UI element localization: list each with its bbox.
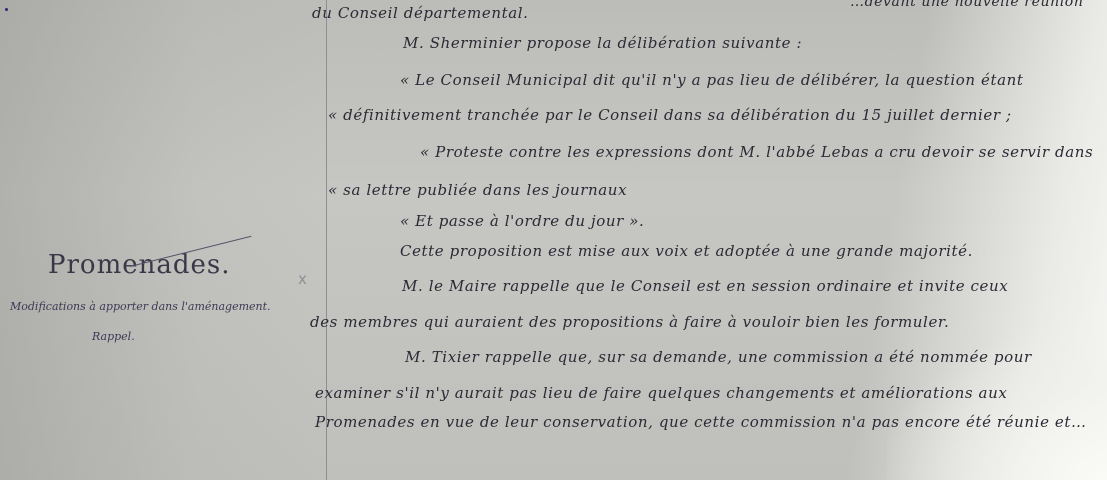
body-line: « sa lettre publiée dans les journaux xyxy=(328,181,627,199)
body-line: examiner s'il n'y aurait pas lieu de fai… xyxy=(315,384,1007,402)
margin-note-line2: Rappel. xyxy=(92,330,135,343)
body-line: M. Tixier rappelle que, sur sa demande, … xyxy=(405,348,1032,366)
margin-rule xyxy=(326,0,327,480)
body-line: Cette proposition est mise aux voix et a… xyxy=(400,242,973,260)
manuscript-page: Promenades. x Modifications à apporter d… xyxy=(0,0,1107,480)
body-line: …devant une nouvelle réunion xyxy=(850,0,1083,10)
margin-heading: Promenades. xyxy=(48,250,231,280)
body-line: « Et passe à l'ordre du jour ». xyxy=(400,212,644,230)
margin-note-line1: Modifications à apporter dans l'aménagem… xyxy=(10,300,271,313)
body-line: « définitivement tranchée par le Conseil… xyxy=(328,106,1012,124)
body-line: M. le Maire rappelle que le Conseil est … xyxy=(402,277,1008,295)
page-shadow xyxy=(0,0,330,480)
body-line: des membres qui auraient des proposition… xyxy=(310,313,949,331)
ink-dot xyxy=(5,8,8,11)
body-line: M. Sherminier propose la délibération su… xyxy=(403,34,802,52)
body-line: du Conseil départemental. xyxy=(312,4,529,22)
body-line: « Proteste contre les expressions dont M… xyxy=(420,143,1093,161)
margin-mark: x xyxy=(298,270,307,288)
body-line: « Le Conseil Municipal dit qu'il n'y a p… xyxy=(400,71,1024,89)
body-line: Promenades en vue de leur conservation, … xyxy=(315,413,1087,431)
